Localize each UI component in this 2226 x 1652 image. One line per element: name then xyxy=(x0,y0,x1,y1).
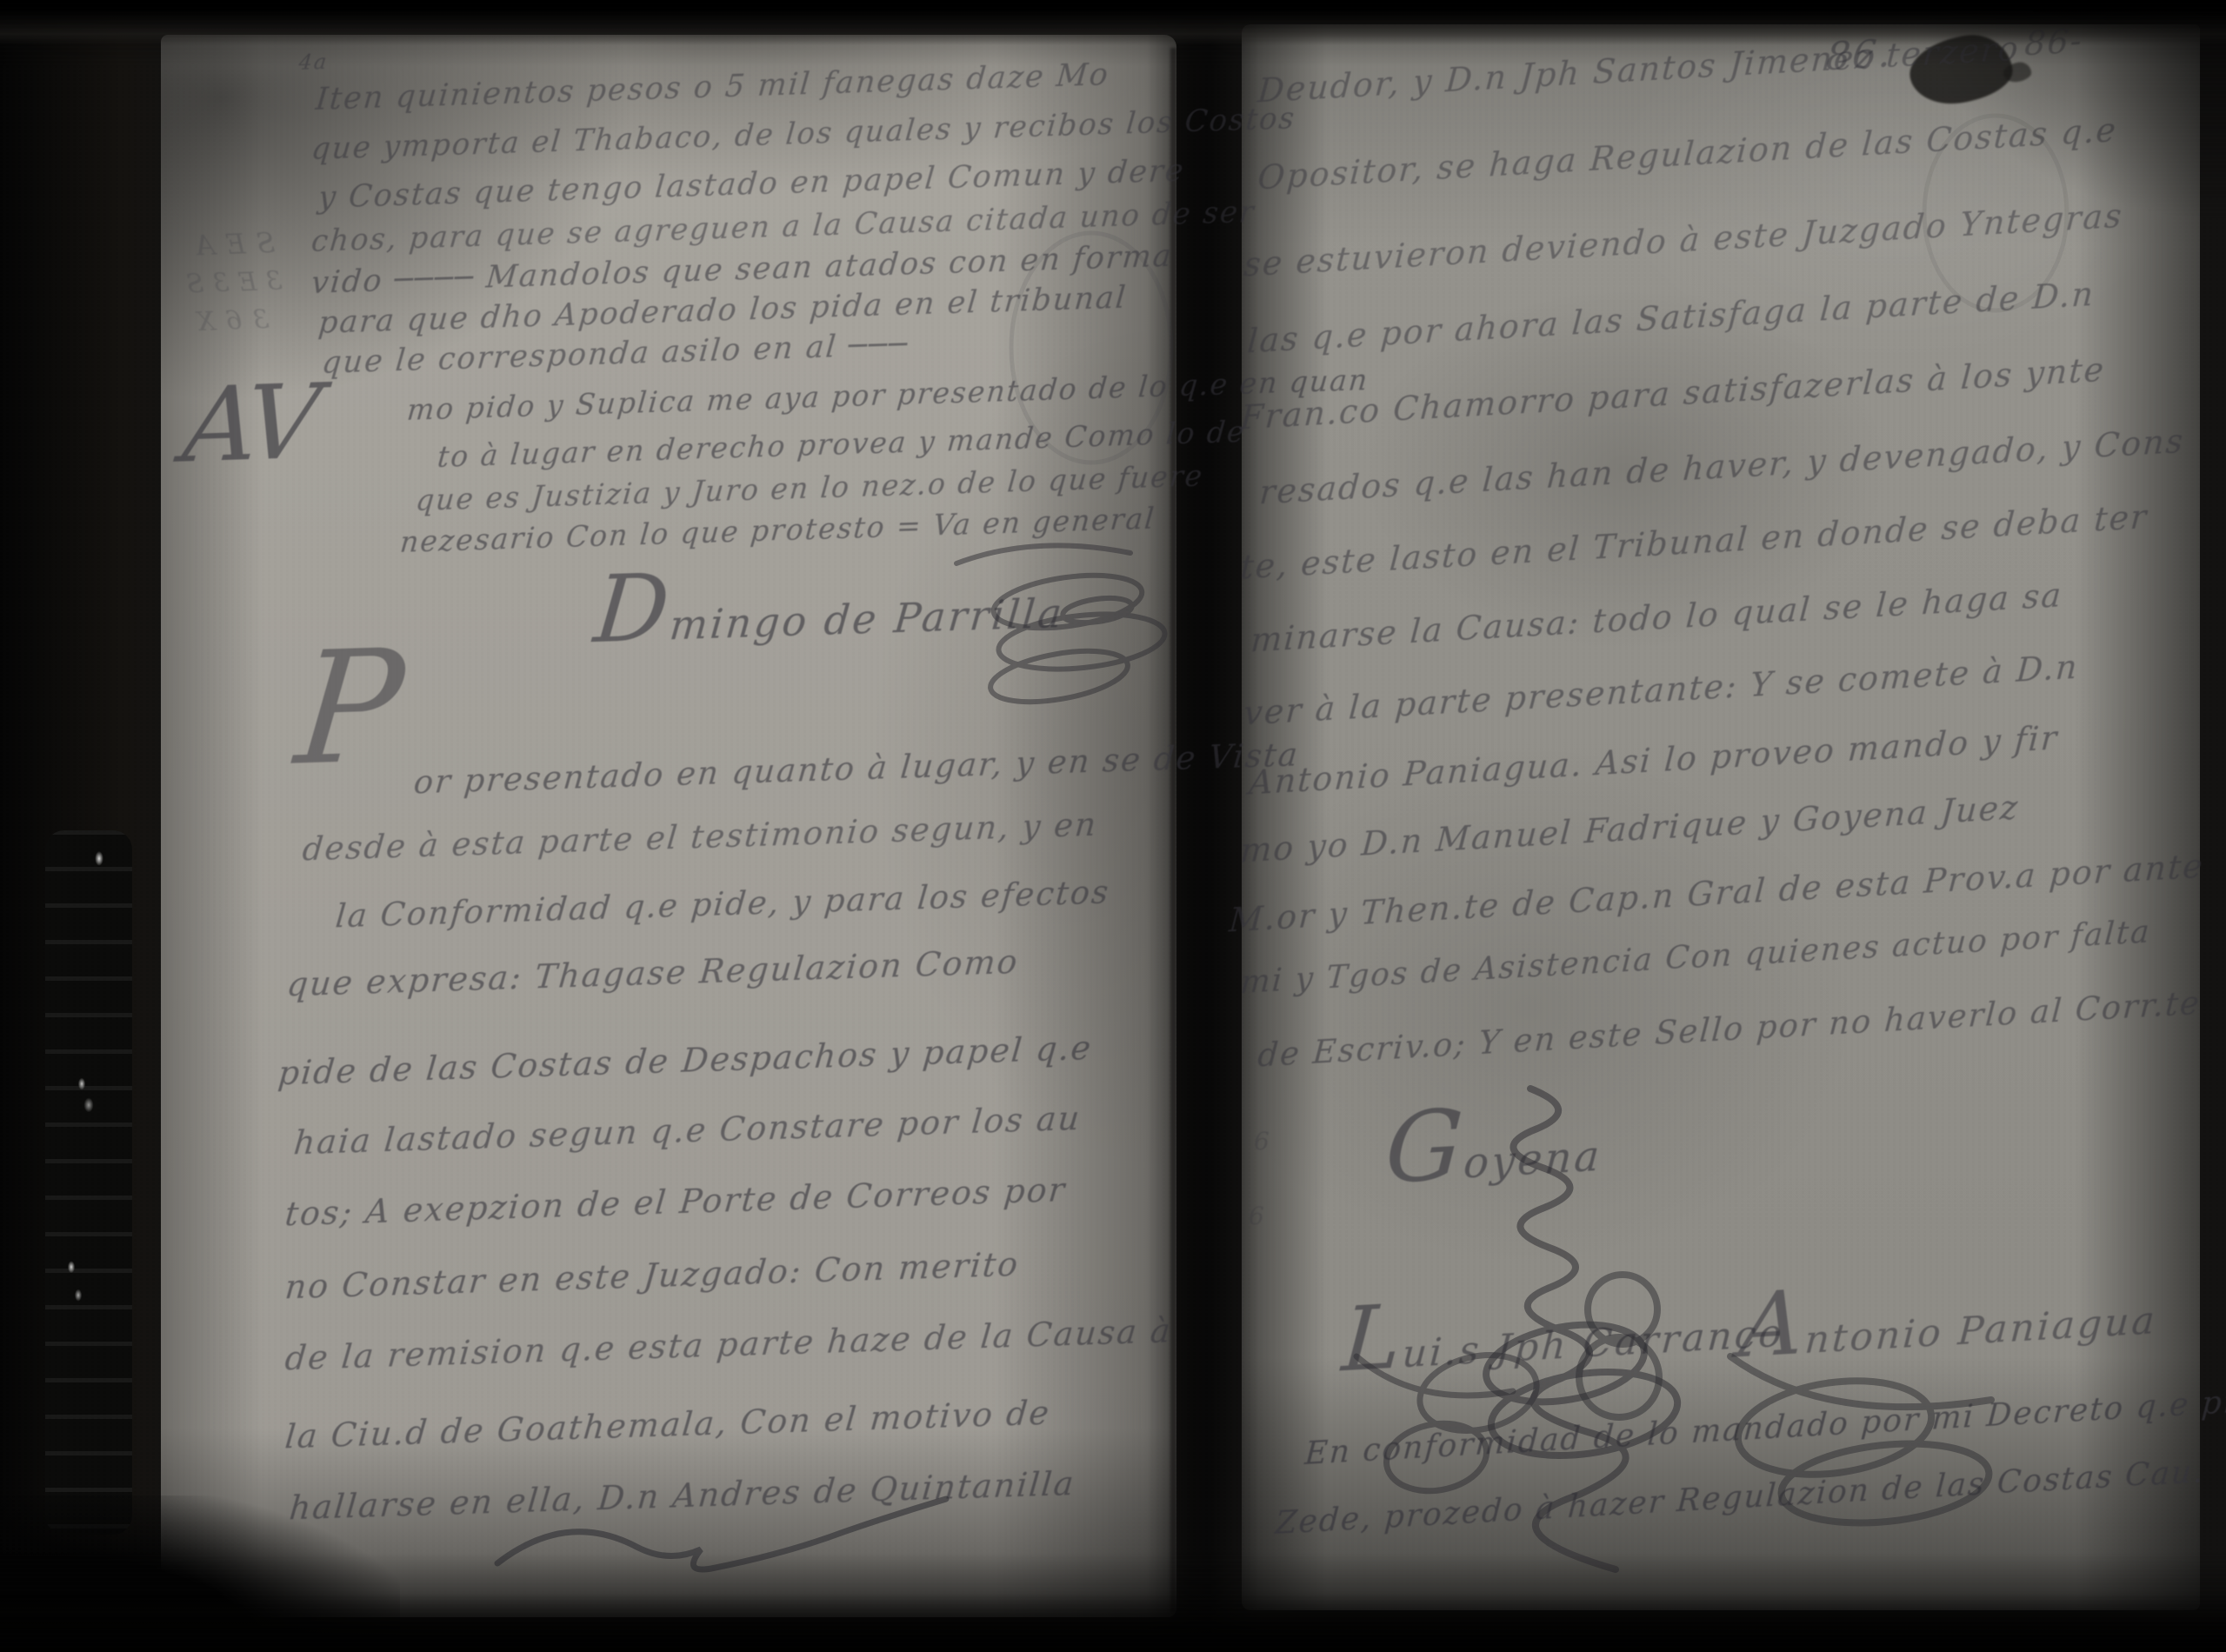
corner-mark: 4a xyxy=(297,50,329,75)
book-spine xyxy=(45,830,132,1535)
gutter-mark: 6 xyxy=(1249,1202,1266,1230)
bleedthrough-text: SEA xyxy=(183,226,276,263)
initial-P: P xyxy=(290,616,412,800)
folio-number-right: 86- xyxy=(2023,21,2084,63)
initial-AV: AV xyxy=(178,361,318,485)
photo-bottom-shadow xyxy=(0,1593,2226,1652)
bleedthrough-text: 36X xyxy=(185,304,270,337)
signature-domingo: Dmingo de Parrilla xyxy=(590,542,1071,663)
left-page-edge xyxy=(1170,48,1176,1613)
gutter-mark: 6 xyxy=(1254,1127,1271,1156)
manuscript-photo: 86. 86- 4a SEA 3E3S 36X Iten quinientos … xyxy=(0,0,2226,1652)
bleedthrough-text: 3E3S xyxy=(177,266,283,300)
signature-goyena: Goyena xyxy=(1382,1082,1606,1206)
